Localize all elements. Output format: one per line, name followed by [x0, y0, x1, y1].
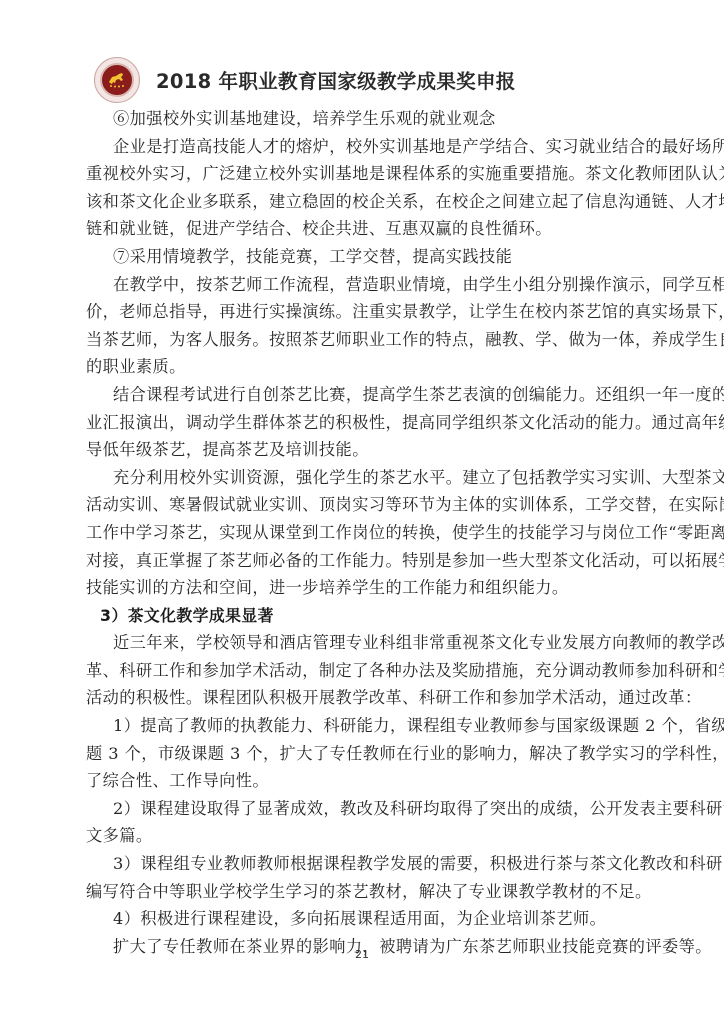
text-line: 4）积极进行课程建设，多向拓展课程适用面，为企业培训茶艺师。	[86, 905, 646, 933]
text-line: 文多篇。	[86, 822, 646, 850]
text-line: 链和就业链，促进产学结合、校企共进、互惠双赢的良性循环。	[86, 215, 646, 243]
page-header: 2018 年职业教育国家级教学成果奖申报	[94, 56, 516, 104]
text-line: 工作中学习茶艺，实现从课堂到工作岗位的转换，使学生的技能学习与岗位工作“零距离”	[86, 519, 646, 547]
text-line: ⑥加强校外实训基地建设，培养学生乐观的就业观念	[86, 105, 646, 133]
text-line: 业汇报演出，调动学生群体茶艺的积极性，提高同学组织茶文化活动的能力。通过高年级指	[86, 409, 646, 437]
horse-icon	[106, 71, 128, 89]
text-line: 技能实训的方法和空间，进一步培养学生的工作能力和组织能力。	[86, 574, 646, 602]
text-line: 在教学中，按茶艺师工作流程，营造职业情境，由学生小组分别操作演示，同学互相评	[86, 271, 646, 299]
text-line: 的职业素质。	[86, 353, 646, 381]
horse-emblem-icon	[100, 63, 134, 97]
section-heading: 3）茶文化教学成果显著	[86, 602, 646, 630]
text-line: 3）课程组专业教师教师根据课程教学发展的需要，积极进行茶与茶文化教改和科研，	[86, 850, 646, 878]
text-line: 活动的积极性。课程团队积极开展教学改革、科研工作和参加学术活动，通过改革：	[86, 684, 646, 712]
text-line: 2）课程建设取得了显著成效，教改及科研均取得了突出的成绩，公开发表主要科研论	[86, 795, 646, 823]
document-header-title: 2018 年职业教育国家级教学成果奖申报	[156, 66, 516, 94]
text-line: 1）提高了教师的执教能力、科研能力，课程组专业教师参与国家级课题 2 个，省级课	[86, 712, 646, 740]
document-body: ⑥加强校外实训基地建设，培养学生乐观的就业观念企业是打造高技能人才的熔炉，校外实…	[86, 105, 646, 960]
text-line: 近三年来，学校领导和酒店管理专业科组非常重视茶文化专业发展方向教师的教学改	[86, 629, 646, 657]
text-line: 编写符合中等职业学校学生学习的茶艺教材，解决了专业课教学教材的不足。	[86, 878, 646, 906]
page-number: 21	[0, 948, 724, 961]
text-line: 革、科研工作和参加学术活动，制定了各种办法及奖励措施，充分调动教师参加科研和学术	[86, 657, 646, 685]
text-line: 导低年级茶艺，提高茶艺及培训技能。	[86, 436, 646, 464]
text-line: 该和茶文化企业多联系，建立稳固的校企关系，在校企之间建立起了信息沟通链、人才培养	[86, 188, 646, 216]
text-line: 企业是打造高技能人才的熔炉，校外实训基地是产学结合、实习就业结合的最好场所。	[86, 133, 646, 161]
text-line: 充分利用校外实训资源，强化学生的茶艺水平。建立了包括教学实习实训、大型茶文化	[86, 464, 646, 492]
text-line: 结合课程考试进行自创茶艺比赛，提高学生茶艺表演的创编能力。还组织一年一度的专	[86, 381, 646, 409]
text-line: 活动实训、寒暑假试就业实训、顶岗实习等环节为主体的实训体系，工学交替，在实际岗位	[86, 491, 646, 519]
text-line: 当茶艺师，为客人服务。按照茶艺师职业工作的特点，融教、学、做为一体，养成学生良好	[86, 326, 646, 354]
text-line: 题 3 个，市级课题 3 个，扩大了专任教师在行业的影响力，解决了教学实习的学科…	[86, 740, 646, 768]
text-line: 价，老师总指导，再进行实操演练。注重实景教学，让学生在校内茶艺馆的真实场景下，充	[86, 298, 646, 326]
text-line: 了综合性、工作导向性。	[86, 767, 646, 795]
text-line: 对接，真正掌握了茶艺师必备的工作能力。特别是参加一些大型茶文化活动，可以拓展学生	[86, 547, 646, 575]
school-emblem-icon	[94, 57, 140, 103]
text-line: ⑦采用情境教学，技能竞赛，工学交替，提高实践技能	[86, 243, 646, 271]
text-line: 重视校外实习，广泛建立校外实训基地是课程体系的实施重要措施。茶文化教师团队认为应	[86, 160, 646, 188]
